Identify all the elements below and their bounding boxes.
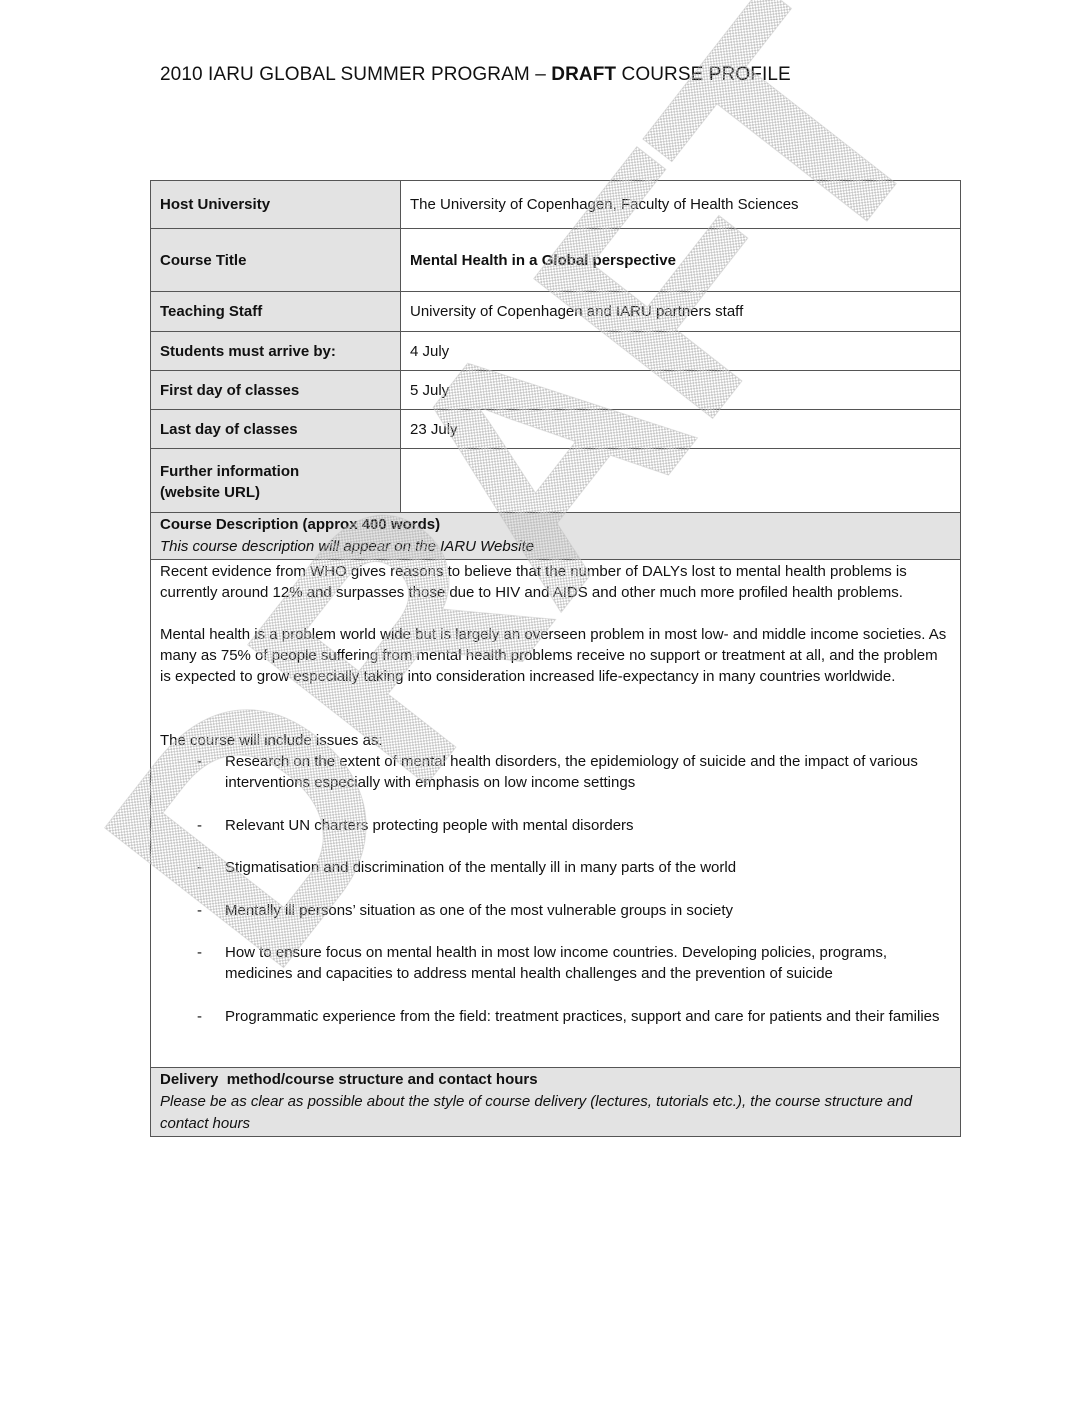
arrive-by-value: 4 July (401, 332, 961, 371)
arrive-by-label: Students must arrive by: (151, 332, 401, 371)
course-description-subtitle: This course description will appear on t… (160, 536, 951, 558)
course-description-header: Course Description (approx 400 words) Th… (151, 513, 961, 560)
list-item: -Programmatic experience from the field:… (160, 1006, 951, 1027)
header-draft: DRAFT (551, 64, 616, 85)
list-item: -Research on the extent of mental health… (160, 751, 951, 793)
delivery-method-subtitle: Please be as clear as possible about the… (160, 1091, 951, 1135)
bullet-dash: - (160, 815, 225, 836)
teaching-staff-label: Teaching Staff (151, 292, 401, 332)
row-host-university: Host University The University of Copenh… (151, 181, 961, 229)
row-course-title: Course Title Mental Health in a Global p… (151, 229, 961, 292)
list-item: -How to ensure focus on mental health in… (160, 942, 951, 984)
course-description-title: Course Description (approx 400 words) (160, 514, 951, 536)
page-header: 2010 IARU GLOBAL SUMMER PROGRAM – DRAFT … (160, 64, 791, 86)
bullet-dash: - (160, 1006, 225, 1027)
row-teaching-staff: Teaching Staff University of Copenhagen … (151, 292, 961, 332)
further-info-value[interactable] (401, 449, 961, 513)
last-day-label: Last day of classes (151, 410, 401, 449)
further-info-label-line2: (website URL) (160, 482, 391, 503)
teaching-staff-value: University of Copenhagen and IARU partne… (401, 292, 961, 332)
first-day-value: 5 July (401, 371, 961, 410)
bullet-dash: - (160, 942, 225, 984)
bullet-dash: - (160, 857, 225, 878)
header-prefix: 2010 IARU GLOBAL SUMMER PROGRAM – (160, 64, 551, 85)
bullet-dash: - (160, 900, 225, 921)
description-paragraph-2: Mental health is a problem world wide bu… (160, 624, 951, 687)
host-university-value: The University of Copenhagen, Faculty of… (401, 181, 961, 229)
list-item: -Stigmatisation and discrimination of th… (160, 857, 951, 878)
first-day-label: First day of classes (151, 371, 401, 410)
further-info-label-line1: Further information (160, 461, 391, 482)
row-arrive-by: Students must arrive by: 4 July (151, 332, 961, 371)
issues-list: -Research on the extent of mental health… (160, 751, 951, 1027)
course-profile-table: Host University The University of Copenh… (150, 180, 961, 1137)
bullet-dash: - (160, 751, 225, 793)
host-university-label: Host University (151, 181, 401, 229)
list-item: -Relevant UN charters protecting people … (160, 815, 951, 836)
description-paragraph-1: Recent evidence from WHO gives reasons t… (160, 561, 951, 603)
delivery-method-header: Delivery method/course structure and con… (151, 1067, 961, 1136)
course-description-body: Recent evidence from WHO gives reasons t… (151, 560, 961, 1068)
row-last-day: Last day of classes 23 July (151, 410, 961, 449)
row-first-day: First day of classes 5 July (151, 371, 961, 410)
course-title-label: Course Title (151, 229, 401, 292)
delivery-method-title: Delivery method/course structure and con… (160, 1069, 951, 1091)
further-info-label: Further information (website URL) (151, 449, 401, 513)
row-further-info: Further information (website URL) (151, 449, 961, 513)
list-item: -Mentally ill persons’ situation as one … (160, 900, 951, 921)
header-suffix: COURSE PROFILE (616, 64, 791, 85)
last-day-value: 23 July (401, 410, 961, 449)
course-title-value: Mental Health in a Global perspective (401, 229, 961, 292)
issues-intro: The course will include issues as: (160, 730, 951, 751)
